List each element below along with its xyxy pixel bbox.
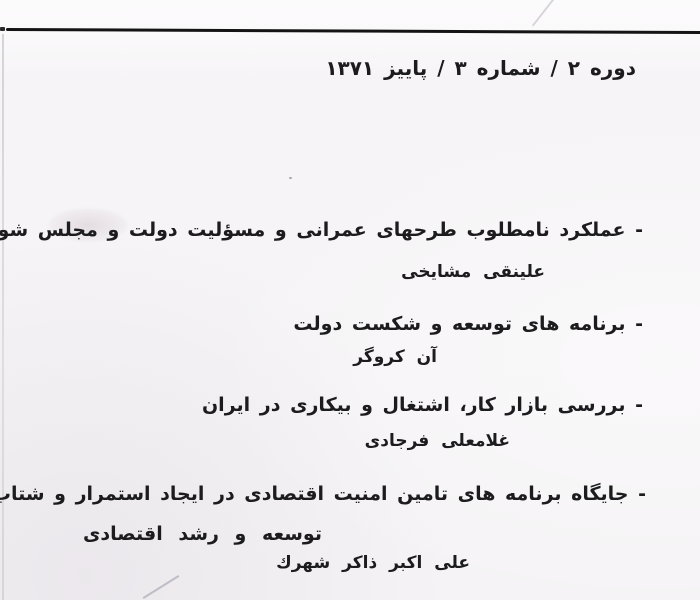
scanned-journal-contents-page: دوره ۲ / شماره ۳ / پاییز ۱۳۷۱ - عملکرد ن… [0,0,700,600]
article-author: علینقی مشایخی [401,262,545,282]
article-author: آن کروگر [353,347,437,367]
article-title-continuation: توسعه و رشد اقتصادی [83,523,322,545]
article-author: علی اکبر ذاکر شهرك [276,553,470,573]
journal-issue-line: دوره ۲ / شماره ۳ / پاییز ۱۳۷۱ [325,56,636,80]
article-title: - جایگاه برنامه های تامین امنیت اقتصادی … [0,483,646,505]
article-author: غلامعلی فرجادی [365,431,510,451]
rule-left-notch [0,27,5,31]
scan-left-edge-line [2,34,4,600]
scan-speck [289,177,292,179]
article-title: - برنامه های توسعه و شکست دولت [293,313,643,335]
paper-crease-mark [532,0,557,27]
pencil-mark [143,575,180,599]
header-divider-rule [6,28,700,34]
article-title: - بررسی بازار کار، اشتغال و بیکاری در ای… [202,394,643,416]
article-title: - عملکرد نامطلوب طرحهای عمرانی و مسؤلیت … [0,219,643,241]
